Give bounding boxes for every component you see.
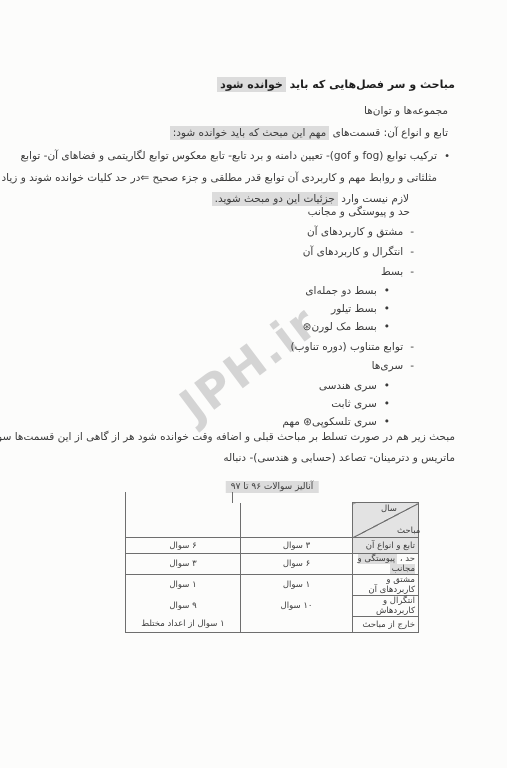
document-page: JPH.ir مباحث و سر فصل‌هایی که باید خواند…: [0, 0, 507, 768]
note-line-matrix: ماتریس و دترمینان- تصاعد (حسابی و هندسی)…: [223, 452, 455, 464]
outline-item: -بسط: [381, 266, 414, 278]
table-cell-count: [241, 617, 353, 633]
bullet-icon: •: [384, 398, 390, 410]
table-cell-topic: انتگرال و کاربردهاش: [353, 596, 419, 617]
table-cell-topic: خارج از مباحث: [353, 617, 419, 633]
dash-icon: -: [410, 341, 414, 353]
bullet-paragraph-line1: ترکیب توابع (fog و gof)- تعیین دامنه و ب…: [38, 146, 437, 168]
table-header-row: سال مباحث: [126, 503, 419, 538]
outline-item: -توابع متناوب (دوره تناوب): [291, 341, 414, 353]
bullet-icon: •: [384, 416, 390, 428]
note-paragraph-line1: مبحث زیر هم در صورت تسلط بر مباحث قبلی و…: [36, 431, 455, 443]
table-cell-topic: تابع و انواع آن: [353, 538, 419, 554]
section-title-highlight: خوانده شود: [217, 77, 286, 92]
section-title: مباحث و سر فصل‌هایی که باید خوانده شود: [217, 78, 455, 91]
table-cell-count: ۳ سوال: [241, 538, 353, 554]
outline-subitem-label: سری ثابت: [331, 398, 377, 410]
table-cell-topic: مشتق و کاربردهای آن: [353, 575, 419, 596]
topic-line-functions: تابع و انواع آن: قسمت‌های مهم این مبحث ک…: [170, 127, 448, 139]
outline-subitem: •سری ثابت: [331, 398, 390, 410]
topic-line-functions-text: تابع و انواع آن: قسمت‌های: [329, 127, 448, 139]
table-cell-topic: حد ، پیوستگی و مجانب: [353, 554, 419, 575]
outline-subitem: •بسط تیلور: [331, 303, 390, 315]
table-cell-count: ۹ سوال: [126, 596, 241, 617]
outline-subitem-label: سری هندسی: [319, 380, 377, 392]
table-cell-count: ۱۰ سوال: [241, 596, 353, 617]
table-cell-count: ۶ سوال: [241, 554, 353, 575]
table-row: انتگرال و کاربردهاش ۱۰ سوال ۹ سوال: [126, 596, 419, 617]
analysis-table: سال مباحث تابع و انواع آن ۳ سوال ۶ سوال …: [125, 502, 419, 633]
section-title-text: مباحث و سر فصل‌هایی که باید: [286, 78, 455, 91]
outline-subitem-label: سری تلسکوپی⊛ مهم: [282, 416, 376, 428]
bullet-icon: •: [384, 321, 390, 333]
table-row: حد ، پیوستگی و مجانب ۶ سوال ۳ سوال: [126, 554, 419, 575]
bullet-icon: •: [384, 285, 390, 297]
table-row: مشتق و کاربردهای آن ۱ سوال ۱ سوال: [126, 575, 419, 596]
topic-line-sets-powers: مجموعه‌ها و توان‌ها: [364, 105, 448, 117]
bullet-icon: •: [384, 380, 390, 392]
bullet-paragraph: • ترکیب توابع (fog و gof)- تعیین دامنه و…: [38, 146, 437, 211]
topic-line-functions-highlight: مهم این مبحث که باید خوانده شود:: [170, 126, 330, 140]
table-cell-count: ۳ سوال: [126, 554, 241, 575]
outline-subitem-label: بسط مک لورن⊛: [303, 321, 377, 333]
topic-text: حد ،: [397, 554, 415, 564]
outline-item: -سری‌ها: [372, 360, 414, 372]
bullet-paragraph-line3-text: لازم نیست وارد: [338, 193, 409, 205]
table-cell-count: ۶ سوال: [126, 538, 241, 554]
outline-item-label: سری‌ها: [372, 360, 404, 372]
table-cell-count: ۱ سوال از اعداد مختلط: [126, 617, 241, 633]
dash-icon: -: [410, 226, 414, 238]
outline-subitem: •بسط مک لورن⊛: [303, 321, 390, 333]
table-header-year96: [241, 503, 353, 538]
table-row: تابع و انواع آن ۳ سوال ۶ سوال: [126, 538, 419, 554]
dash-icon: -: [410, 266, 414, 278]
outline-item-limit-continuity: حد و پیوستگی و مجانب: [308, 206, 410, 218]
bullet-paragraph-line3-highlight: جزئیات این دو مبحث شوید.: [212, 192, 338, 206]
outline-subitem: •سری تلسکوپی⊛ مهم: [282, 416, 390, 428]
outline-item-label: مشتق و کاربردهای آن: [307, 226, 403, 238]
table-cell-count: ۱ سوال: [126, 575, 241, 596]
bullet-paragraph-line2: مثلثاتی و روابط مهم و کاربردی آن توابع ق…: [38, 168, 437, 190]
table-row: خارج از مباحث ۱ سوال از اعداد مختلط: [126, 617, 419, 633]
outline-subitem-label: بسط تیلور: [331, 303, 377, 315]
bullet-icon: •: [384, 303, 390, 315]
outline-item-label: انتگرال و کاربردهای آن: [303, 246, 403, 258]
outline-item: -انتگرال و کاربردهای آن: [303, 246, 414, 258]
table-header-year97: [126, 503, 241, 538]
table-cell-count: ۱ سوال: [241, 575, 353, 596]
diag-label-topics: مباحث: [397, 526, 420, 536]
outline-subitem: •سری هندسی: [319, 380, 390, 392]
table-header-diagonal: سال مباحث: [353, 503, 419, 538]
watermark: JPH.ir: [170, 295, 328, 433]
outline-subitem-label: بسط دو جمله‌ای: [305, 285, 376, 297]
bullet-icon: •: [444, 146, 450, 168]
outline-item-label: توابع متناوب (دوره تناوب): [291, 341, 404, 353]
outline-item: -مشتق و کاربردهای آن: [307, 226, 414, 238]
analysis-title: آنالیز سوالات ۹۶ تا ۹۷: [226, 481, 319, 493]
dash-icon: -: [410, 246, 414, 258]
outline-subitem: •بسط دو جمله‌ای: [305, 285, 390, 297]
dash-icon: -: [410, 360, 414, 372]
outline-item-label: بسط: [381, 266, 403, 278]
diag-label-year: سال: [381, 504, 397, 514]
